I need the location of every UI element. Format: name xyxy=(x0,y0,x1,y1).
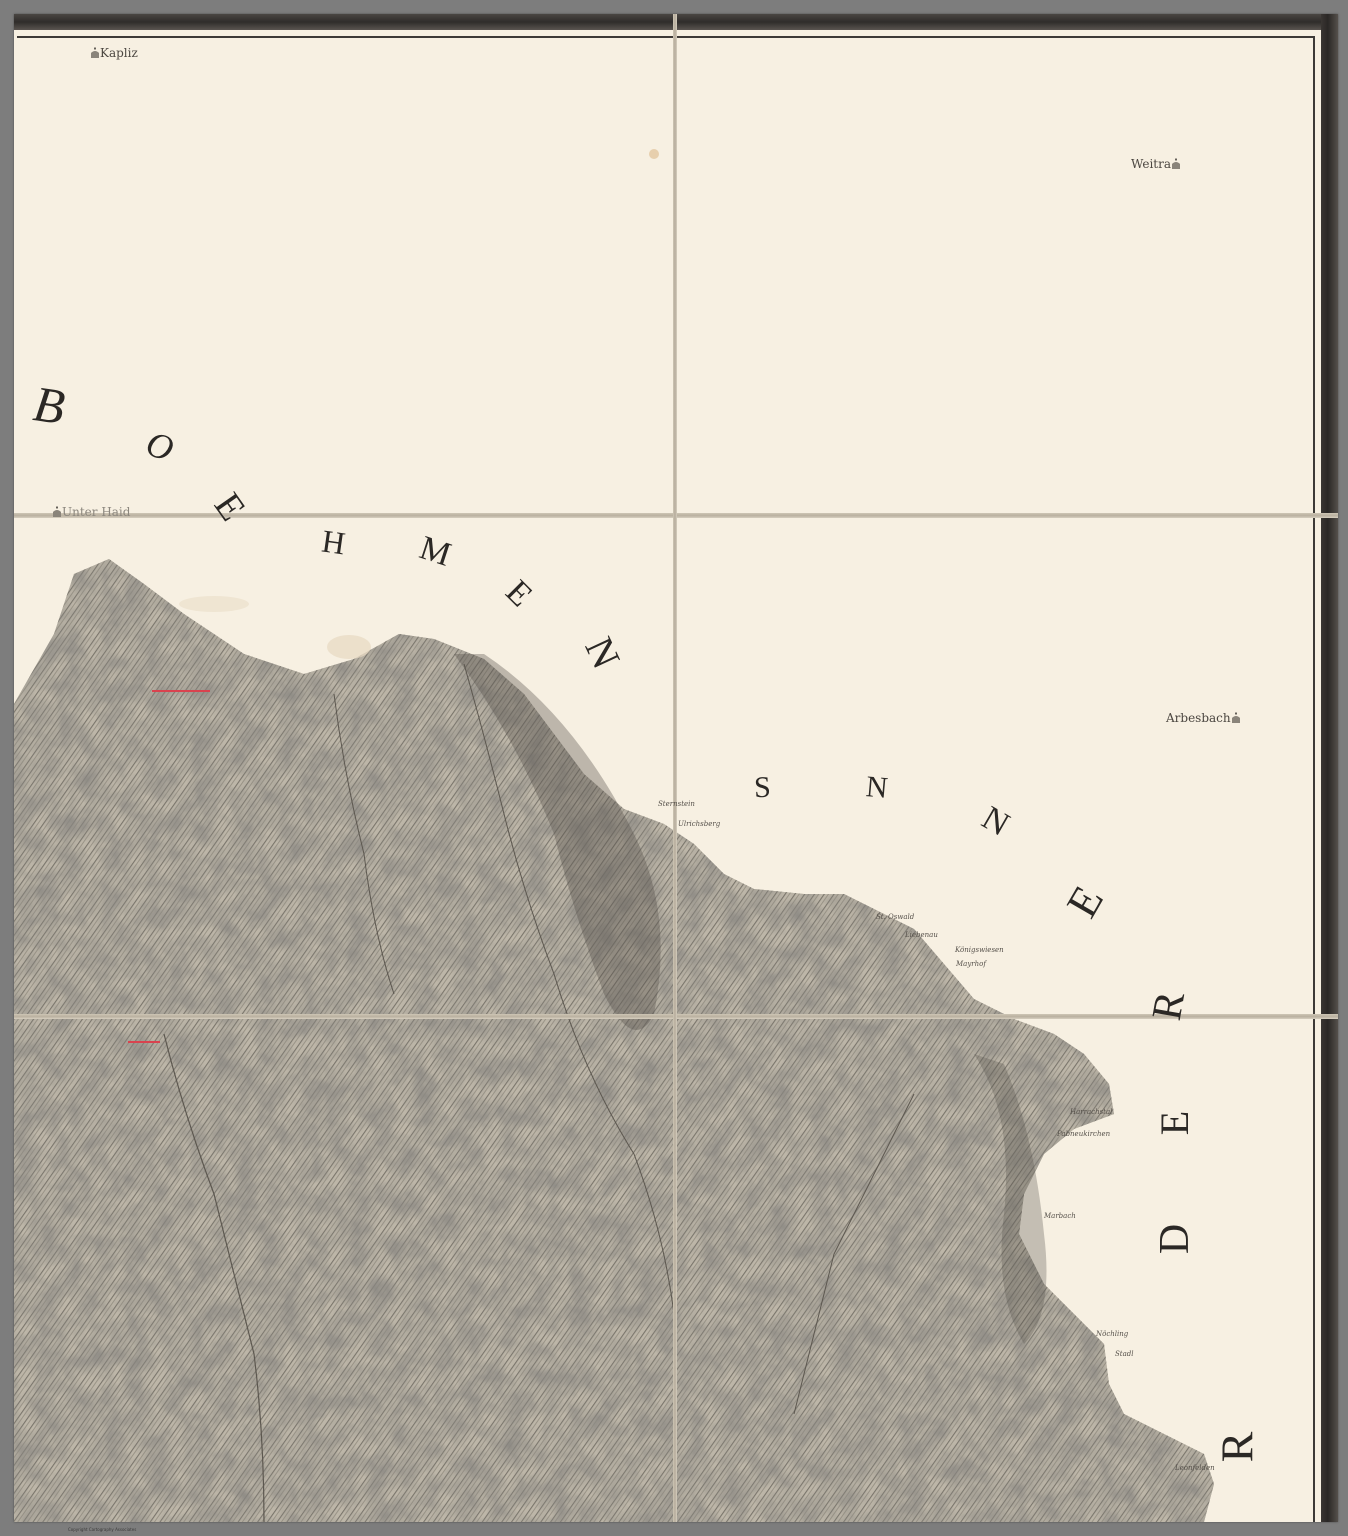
town-church-icon xyxy=(52,506,62,517)
copyright-note: Copyright Cartography Associates xyxy=(68,1527,136,1532)
place-weitra: Weitra xyxy=(1131,157,1181,171)
minor-label: Ulrichsberg xyxy=(678,820,720,828)
place-kapliz: Kapliz xyxy=(90,46,138,60)
map-border-right xyxy=(1321,14,1338,1522)
minor-label: Marbach xyxy=(1044,1212,1076,1220)
minor-label: Sternstein xyxy=(658,800,695,808)
minor-label: Königswiesen xyxy=(955,946,1004,954)
minor-label: St. Oswald xyxy=(876,913,914,921)
region-letter: E xyxy=(1155,1111,1195,1135)
minor-label: Leonfelden xyxy=(1175,1464,1215,1472)
town-church-icon xyxy=(1171,158,1181,169)
minor-label: Harrachstal xyxy=(1070,1108,1112,1116)
fold-line-vertical xyxy=(673,14,677,1522)
region-letter: N xyxy=(865,772,889,804)
region-letter: S xyxy=(753,773,771,804)
place-arbesbach: Arbesbach xyxy=(1166,711,1241,725)
minor-label: Stadl xyxy=(1115,1350,1134,1358)
town-church-icon xyxy=(90,47,100,58)
region-letter: D xyxy=(1154,1224,1196,1254)
minor-label: Nöchling xyxy=(1096,1330,1128,1338)
boundary-mark xyxy=(128,1041,160,1043)
neatline-top xyxy=(17,36,1315,38)
minor-label: Mayrhof xyxy=(956,960,986,968)
neatline-right xyxy=(1313,36,1315,1522)
minor-label: Pabneukirchen xyxy=(1057,1130,1110,1138)
town-church-icon xyxy=(1231,712,1241,723)
place-unter-haid: Unter Haid xyxy=(52,505,130,519)
minor-label: Liebenau xyxy=(905,931,938,939)
boundary-mark xyxy=(152,690,210,692)
region-letter: R xyxy=(1214,1432,1260,1463)
region-letter: H xyxy=(320,525,347,560)
